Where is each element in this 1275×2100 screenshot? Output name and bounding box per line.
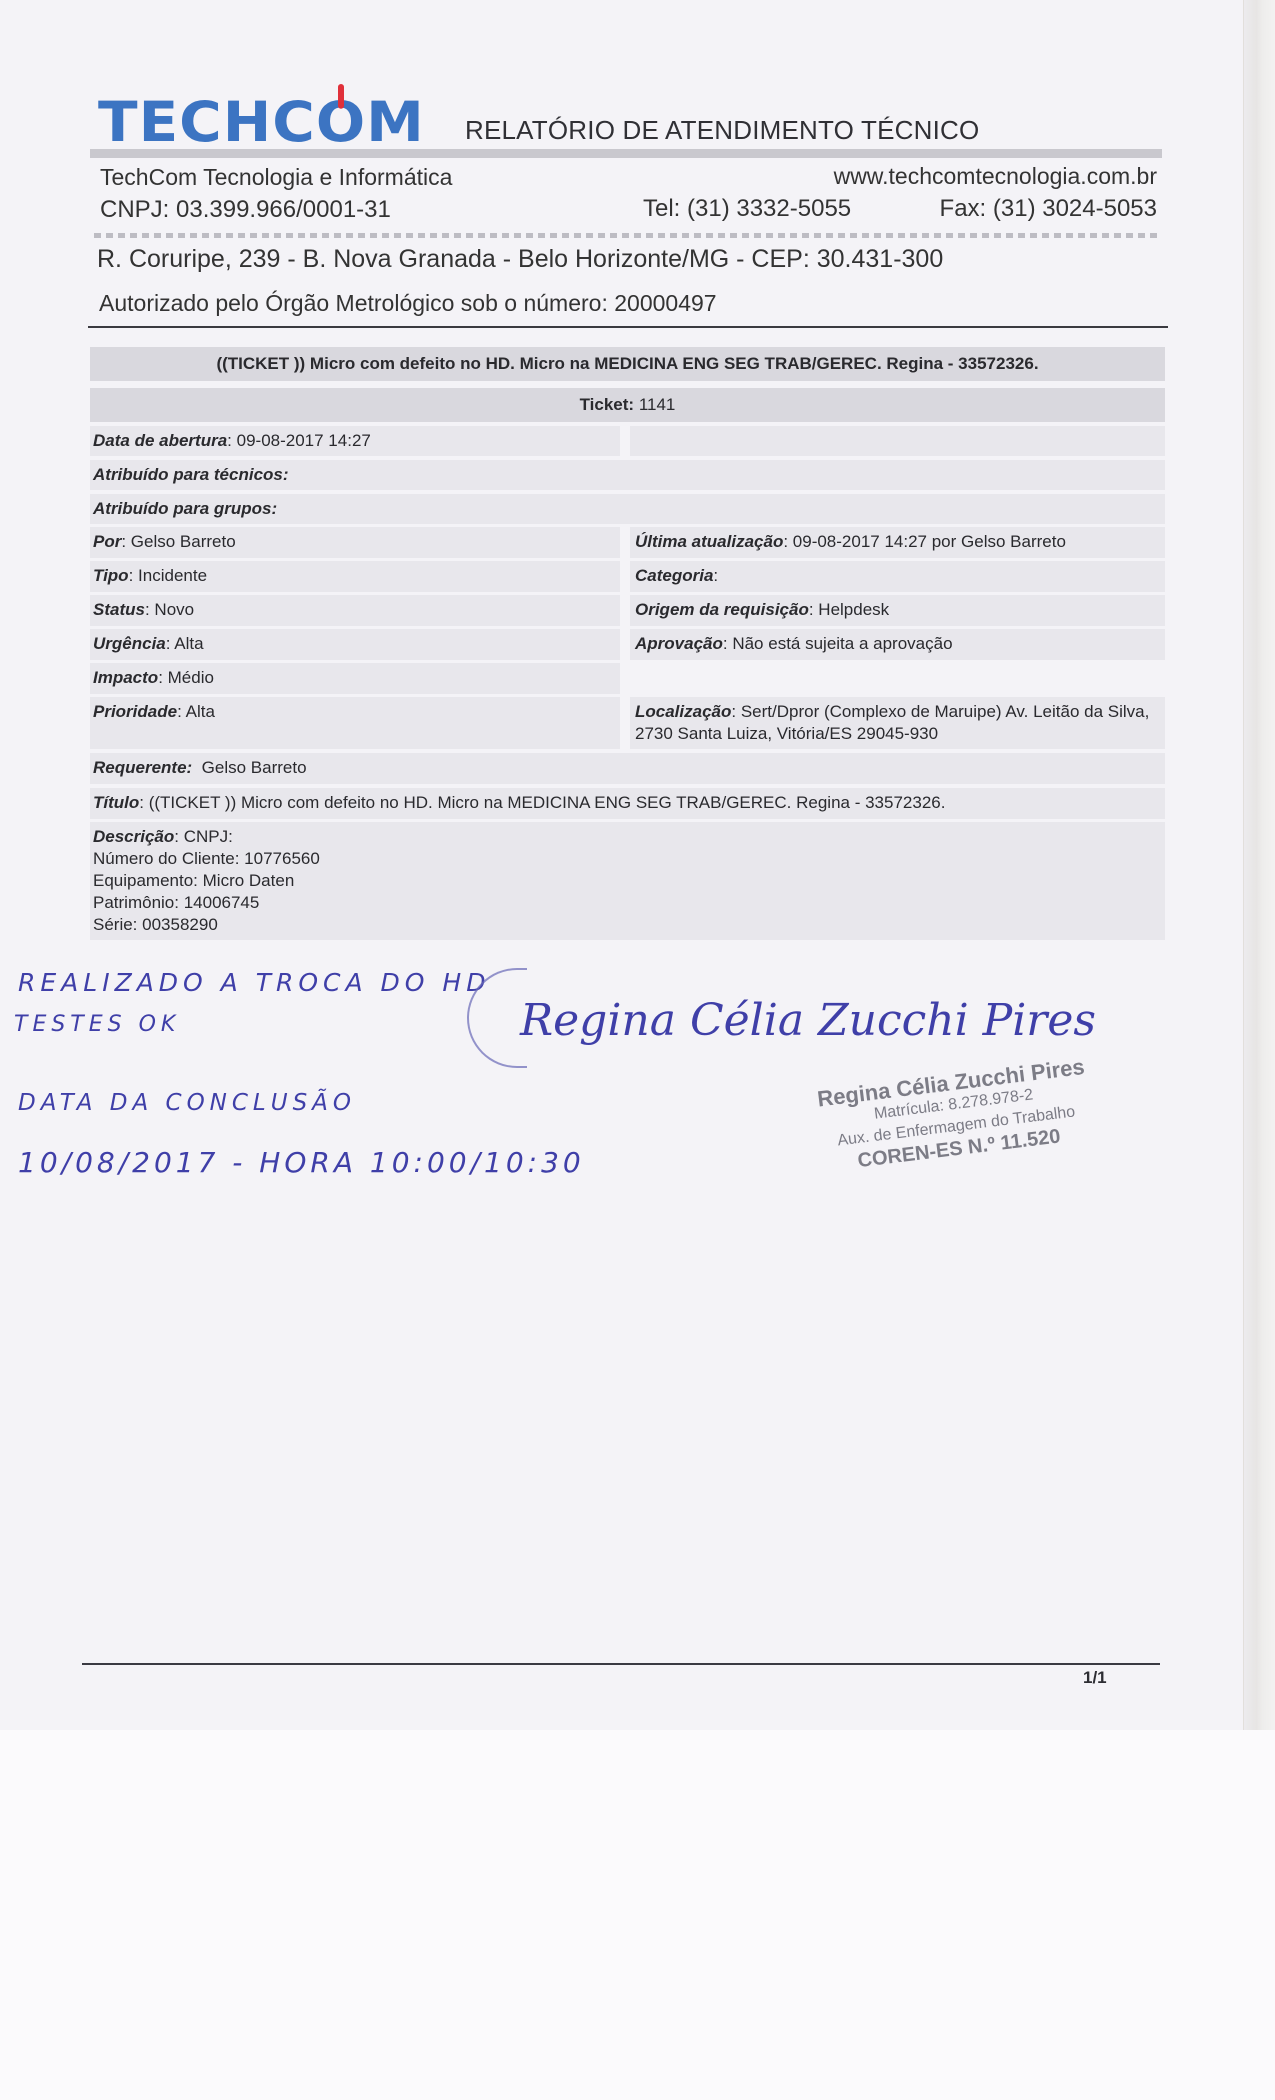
professional-stamp: Regina Célia Zucchi Pires Matrícula: 8.2… (806, 1055, 1105, 1178)
company-website: www.techcomtecnologia.com.br (834, 163, 1157, 190)
ticket-label: Ticket: (580, 395, 635, 414)
row-descricao: Descrição: CNPJ: Número do Cliente: 1077… (90, 822, 1165, 940)
field-origem-requisicao: Origem da requisição: Helpdesk (630, 595, 1165, 626)
row-requerente: Requerente: Gelso Barreto (90, 753, 1165, 784)
row-prioridade: Prioridade: Alta Localização: Sert/Dpror… (90, 697, 1165, 749)
field-data-abertura: Data de abertura: 09-08-2017 14:27 (90, 426, 620, 456)
field-localizacao: Localização: Sert/Dpror (Complexo de Mar… (630, 697, 1165, 749)
scanned-page: TECHCOM RELATÓRIO DE ATENDIMENTO TÉCNICO… (0, 0, 1275, 1730)
handwritten-service-note: REALIZADO A TROCA DO HD (18, 968, 490, 997)
handwritten-completion-label: DATA DA CONCLUSÃO (18, 1090, 356, 1116)
handwritten-tests-note: TESTES OK (14, 1012, 180, 1037)
field-ultima-atualizacao: Última atualização: 09-08-2017 14:27 por… (630, 527, 1165, 558)
field-aprovacao: Aprovação: Não está sujeita a aprovação (630, 629, 1165, 660)
row-impacto: Impacto: Médio (90, 663, 1165, 694)
row-por: Por: Gelso Barreto Última atualização: 0… (90, 527, 1165, 558)
descricao-line: Patrimônio: 14006745 (93, 892, 1165, 914)
header-divider-band (90, 149, 1162, 158)
company-phone: Tel: (31) 3332-5055 (643, 195, 851, 223)
row-data-abertura: Data de abertura: 09-08-2017 14:27 (90, 426, 1165, 456)
handwritten-completion-date: 10/08/2017 - HORA 10:00/10:30 (18, 1146, 585, 1179)
handwritten-signature: Regina Célia Zucchi Pires (520, 995, 1096, 1046)
ticket-number: 1141 (639, 395, 676, 414)
blank-area (0, 1730, 1275, 2100)
techcom-logo: TECHCOM (98, 88, 425, 148)
field-urgencia: Urgência: Alta (90, 629, 620, 660)
descricao-line: Equipamento: Micro Daten (93, 870, 1165, 892)
field-tipo: Tipo: Incidente (90, 561, 620, 592)
field-status: Status: Novo (90, 595, 620, 626)
field-atribuido-tecnicos: Atribuído para técnicos: (90, 460, 1165, 490)
header-rule (88, 326, 1168, 328)
ticket-number-band: Ticket: 1141 (90, 388, 1165, 422)
row-atribuido-tecnicos: Atribuído para técnicos: (90, 460, 1165, 490)
empty-cell (630, 426, 1165, 456)
field-impacto: Impacto: Médio (90, 663, 620, 694)
field-atribuido-grupos: Atribuído para grupos: (90, 494, 1165, 524)
field-descricao: Descrição: CNPJ: Número do Cliente: 1077… (90, 822, 1165, 940)
company-cnpj: CNPJ: 03.399.966/0001-31 (100, 196, 391, 224)
company-address: R. Coruripe, 239 - B. Nova Granada - Bel… (97, 245, 943, 274)
footer-rule (82, 1663, 1160, 1665)
company-name: TechCom Tecnologia e Informática (100, 164, 452, 191)
field-categoria: Categoria: (630, 561, 1165, 592)
report-title: RELATÓRIO DE ATENDIMENTO TÉCNICO (465, 115, 979, 146)
dotted-divider (94, 233, 1162, 238)
metrology-authorization: Autorizado pelo Órgão Metrológico sob o … (99, 290, 717, 317)
field-titulo: Título: ((TICKET )) Micro com defeito no… (90, 788, 1165, 819)
descricao-line: Série: 00358290 (93, 914, 1165, 936)
descricao-line: Número do Cliente: 10776560 (93, 848, 1165, 870)
row-atribuido-grupos: Atribuído para grupos: (90, 494, 1165, 524)
page-number: 1/1 (1083, 1668, 1107, 1688)
row-titulo: Título: ((TICKET )) Micro com defeito no… (90, 788, 1165, 819)
scan-page-edge (1243, 0, 1275, 1730)
field-prioridade: Prioridade: Alta (90, 697, 620, 749)
power-symbol-icon: O (316, 97, 366, 146)
row-urgencia: Urgência: Alta Aprovação: Não está sujei… (90, 629, 1165, 660)
field-requerente: Requerente: Gelso Barreto (90, 753, 1165, 784)
row-tipo: Tipo: Incidente Categoria: (90, 561, 1165, 592)
company-fax: Fax: (31) 3024-5053 (940, 195, 1157, 223)
logo-text: TECHCOM (98, 97, 425, 146)
row-status: Status: Novo Origem da requisição: Helpd… (90, 595, 1165, 626)
ticket-title-band: ((TICKET )) Micro com defeito no HD. Mic… (90, 347, 1165, 381)
field-por: Por: Gelso Barreto (90, 527, 620, 558)
